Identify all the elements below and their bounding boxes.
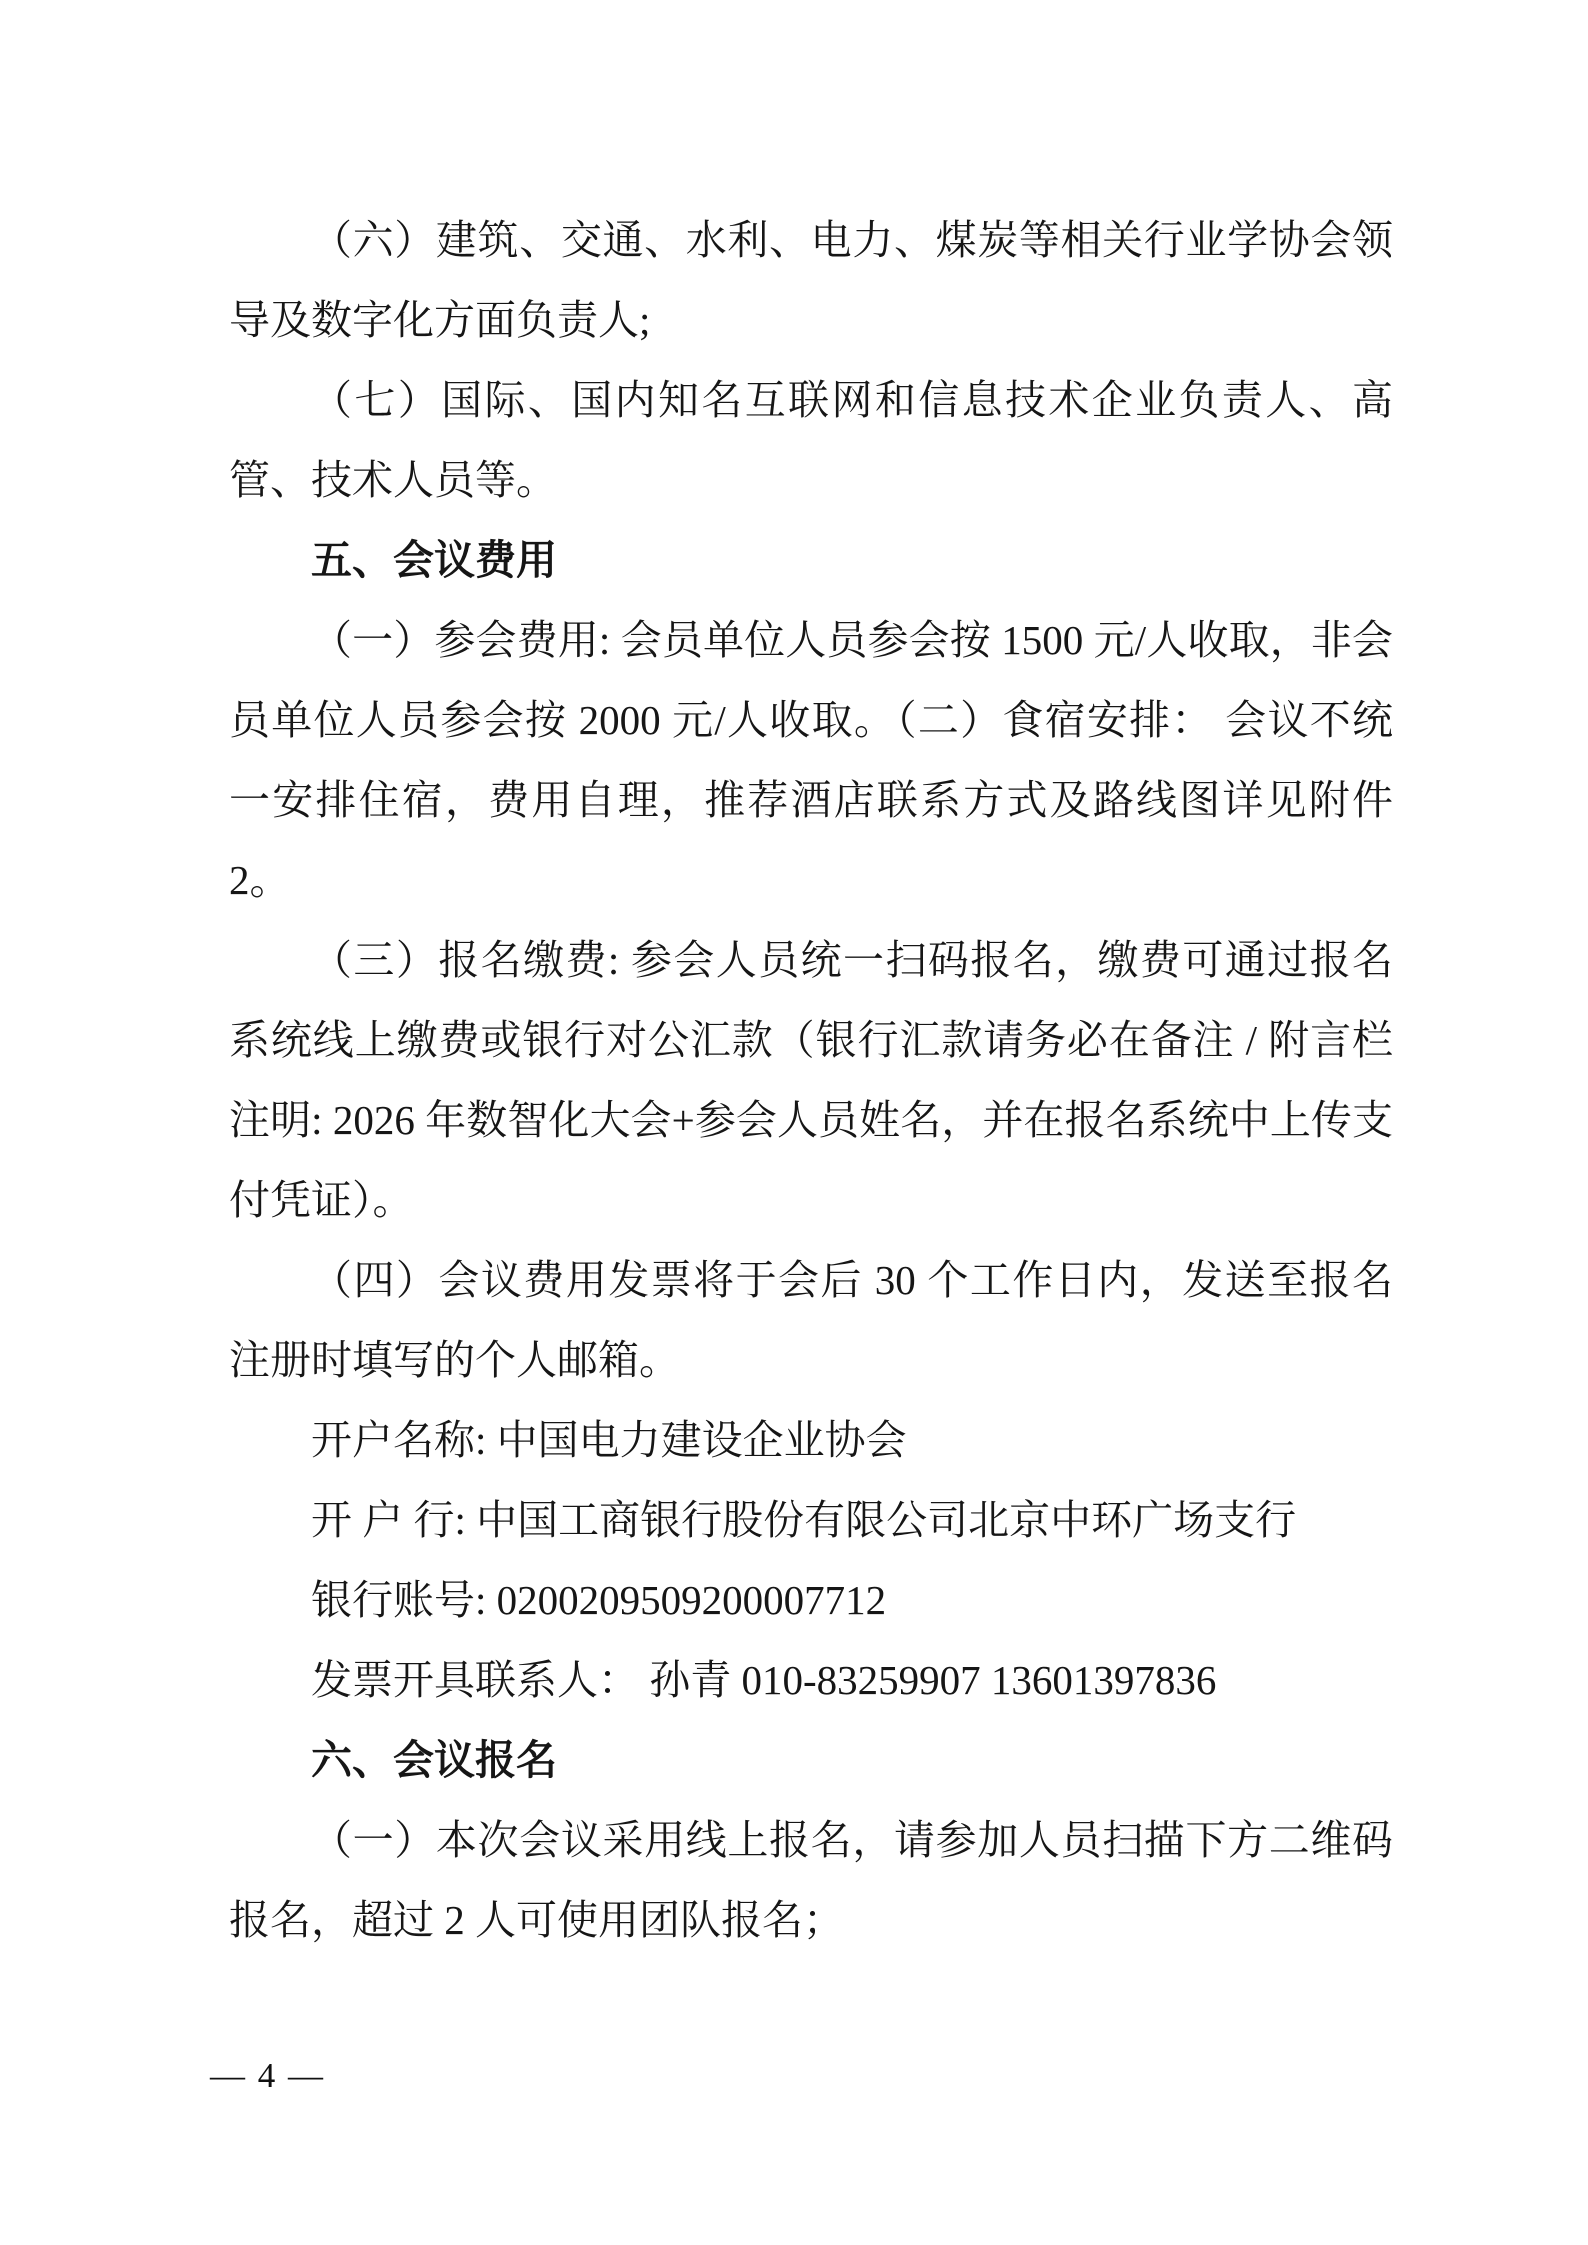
paragraph: （三）报名缴费: 参会人员统一扫码报名，缴费可通过报名系统线上缴费或银行对公汇款… xyxy=(229,920,1393,1240)
paragraph: （六）建筑、交通、水利、电力、煤炭等相关行业学协会领导及数字化方面负责人; xyxy=(229,200,1393,360)
paragraph: 开 户 行: 中国工商银行股份有限公司北京中环广场支行 xyxy=(229,1480,1393,1560)
section-heading: 五、会议费用 xyxy=(229,520,1393,600)
paragraph: （一）参会费用: 会员单位人员参会按 1500 元/人收取，非会员单位人员参会按… xyxy=(229,600,1393,920)
paragraph: 银行账号: 0200209509200007712 xyxy=(229,1560,1393,1640)
section-heading: 六、会议报名 xyxy=(229,1720,1393,1800)
paragraph: 发票开具联系人： 孙青 010-83259907 13601397836 xyxy=(229,1640,1393,1720)
document-page: （六）建筑、交通、水利、电力、煤炭等相关行业学协会领导及数字化方面负责人;（七）… xyxy=(0,0,1588,2245)
paragraph: 开户名称: 中国电力建设企业协会 xyxy=(229,1400,1393,1480)
paragraph: （七）国际、国内知名互联网和信息技术企业负责人、高管、技术人员等。 xyxy=(229,360,1393,520)
paragraph: （一）本次会议采用线上报名，请参加人员扫描下方二维码报名，超过 2 人可使用团队… xyxy=(229,1800,1393,1960)
document-body: （六）建筑、交通、水利、电力、煤炭等相关行业学协会领导及数字化方面负责人;（七）… xyxy=(229,200,1393,1960)
paragraph: （四）会议费用发票将于会后 30 个工作日内，发送至报名注册时填写的个人邮箱。 xyxy=(229,1240,1393,1400)
page-number: — 4 — xyxy=(210,2056,325,2096)
